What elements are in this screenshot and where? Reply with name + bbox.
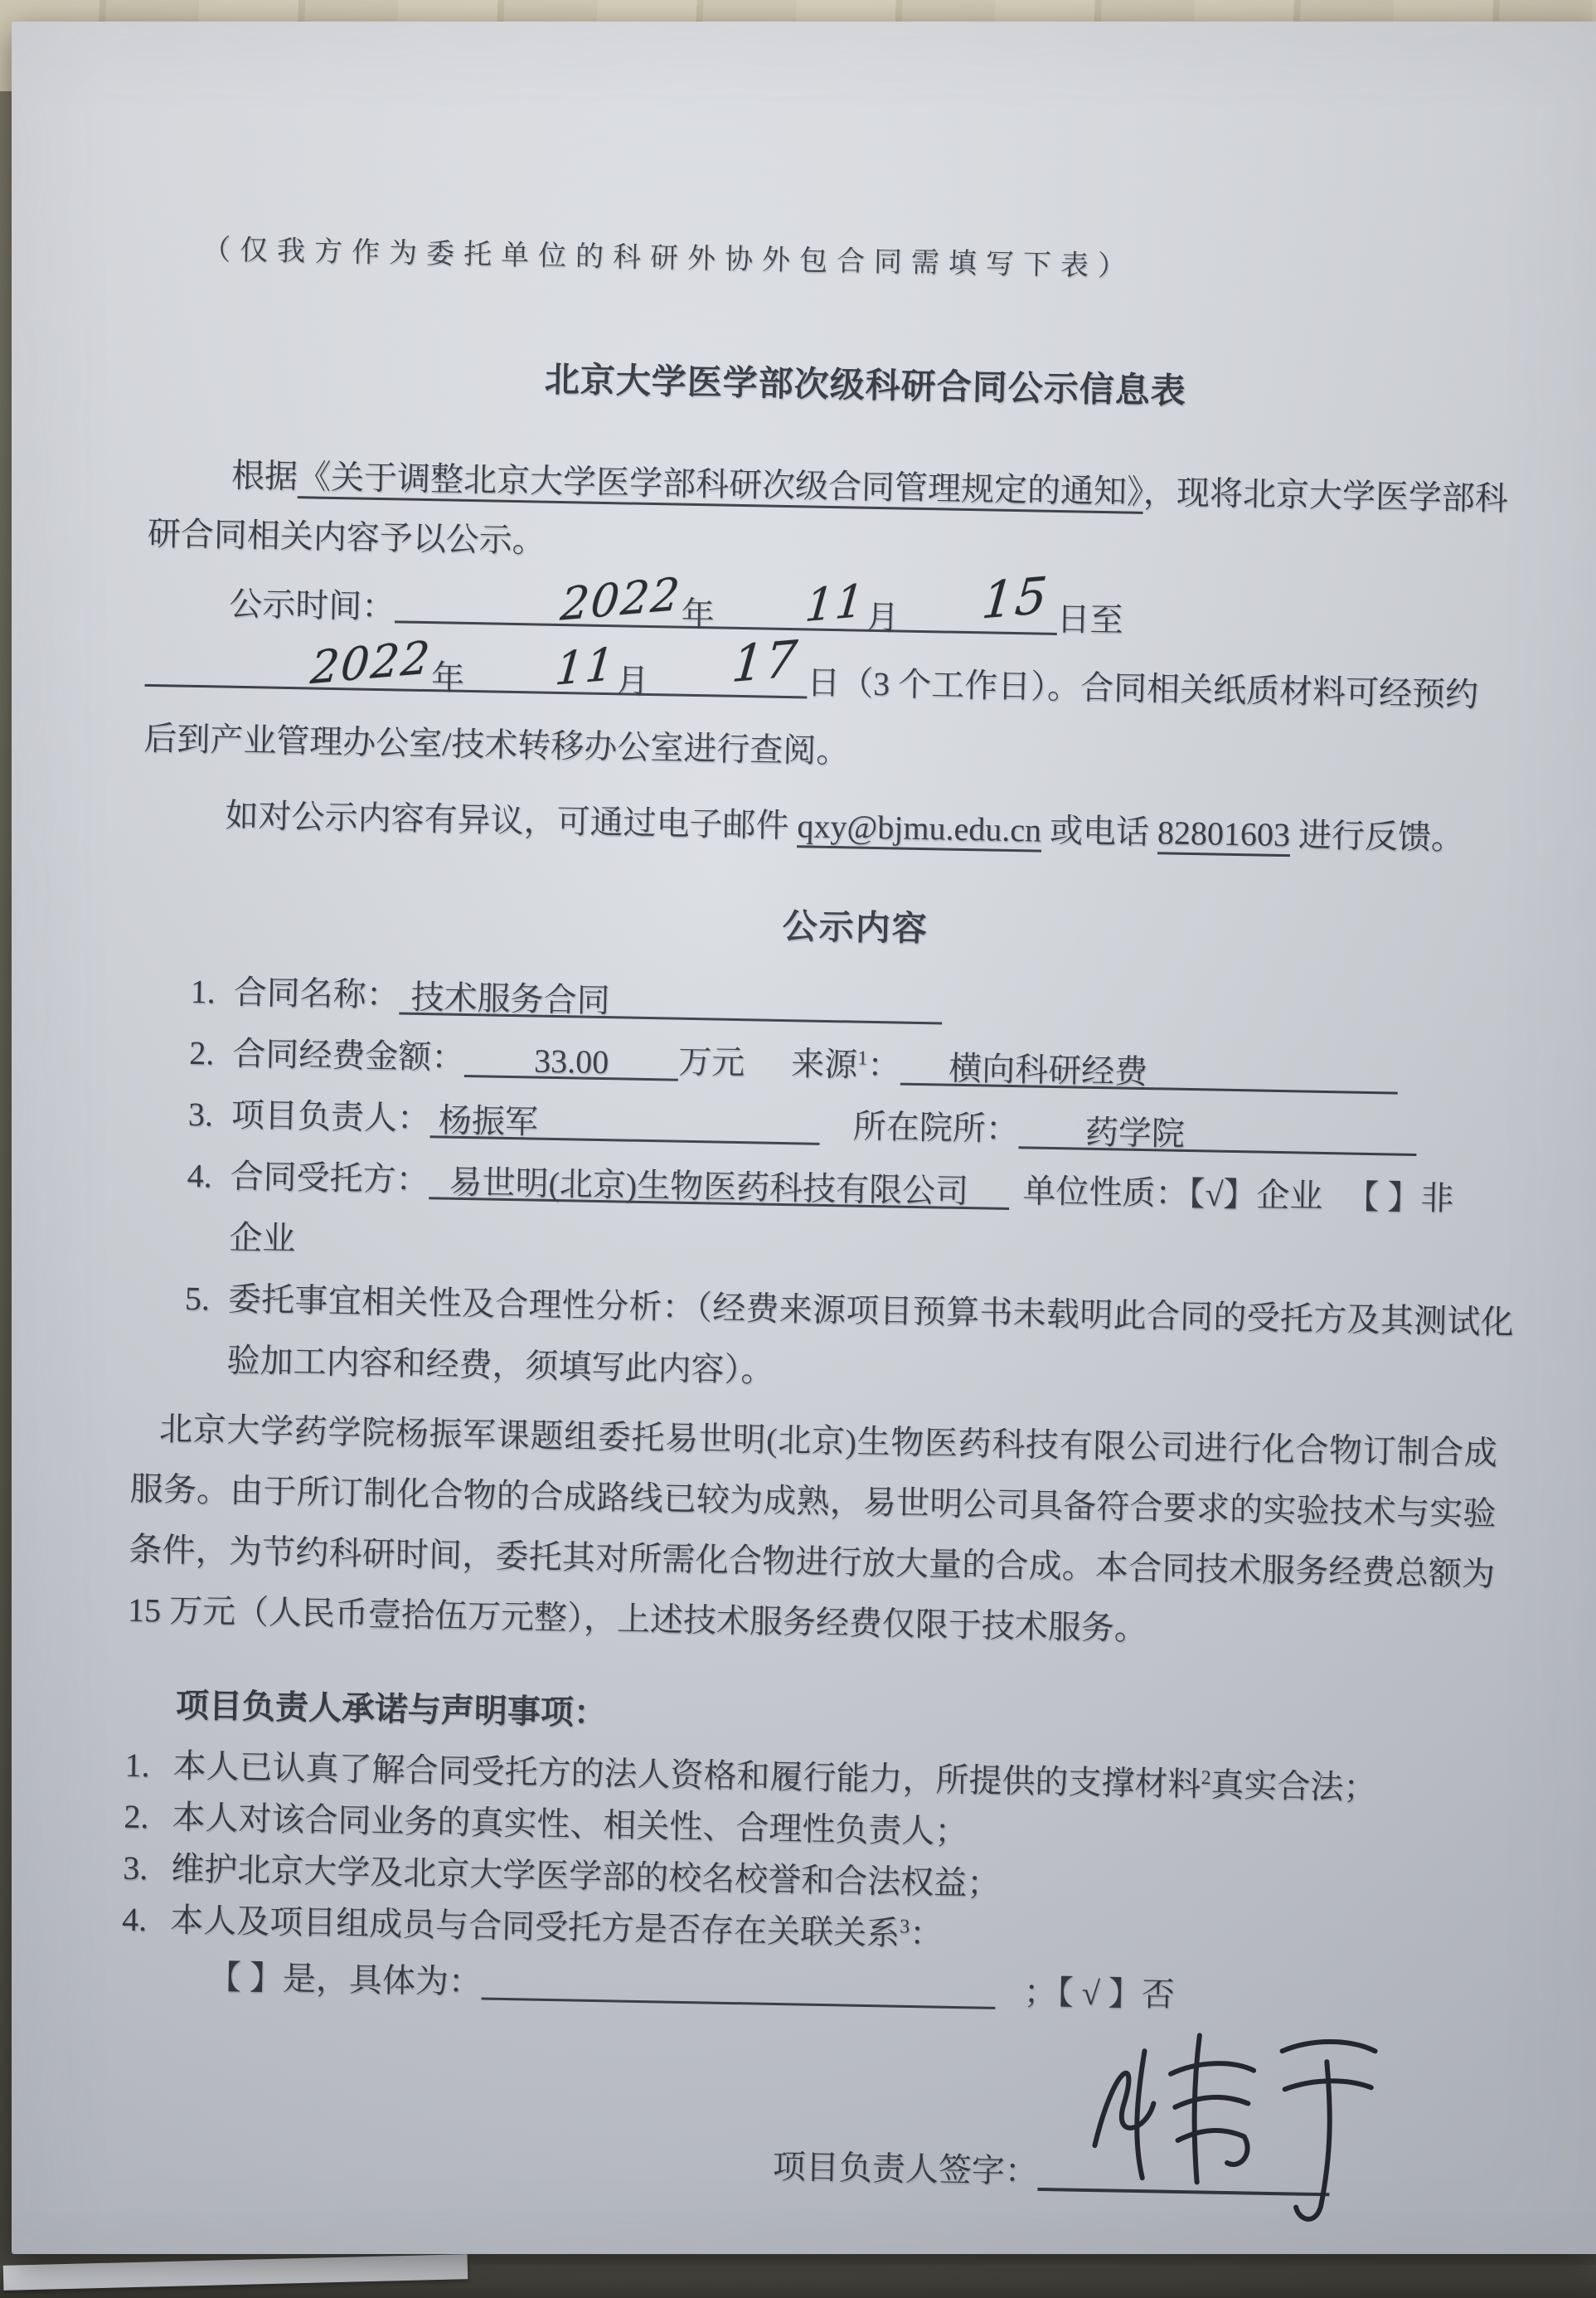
- footnote-marker: 3: [900, 1916, 910, 1937]
- leader-value: 杨振军: [430, 1101, 539, 1140]
- end-year-handwritten: 2022: [226, 635, 433, 698]
- item-number: 2.: [189, 1023, 233, 1085]
- yes-checkbox: 【 】: [208, 1958, 284, 1997]
- document-title: 北京大学医学部次级科研合同公示信息表: [200, 351, 1531, 421]
- intro-suffix-line1: ，现将北京大学医学部科: [1143, 474, 1509, 517]
- year-unit-1: 年: [681, 595, 715, 634]
- end-month-handwritten: 11: [471, 642, 618, 700]
- item-number: 5.: [184, 1268, 228, 1330]
- contract-name-blank: 技术服务合同: [399, 972, 943, 1025]
- intro-prefix: 根据: [231, 457, 298, 495]
- start-year-handwritten: 2022: [476, 572, 682, 635]
- declaration-text: 本人及项目组成员与合同受托方是否存在关联关系: [170, 1902, 900, 1952]
- document-paper: （仅我方作为委托单位的科研外协外包合同需填写下表） 北京大学医学部次级科研合同公…: [12, 22, 1596, 2254]
- regulation-title: 《关于调整北京大学医学部科研次级合同管理规定的通知》: [298, 458, 1144, 514]
- source-label: 来源: [791, 1045, 858, 1083]
- signature-label: 项目负责人签字：: [772, 2148, 1038, 2190]
- feedback-phone: 82801603: [1157, 814, 1291, 857]
- analysis-paragraph: 北京大学药学院杨振军课题组委托易世明(北京)生物医药科技有限公司进行化合物订制合…: [127, 1398, 1497, 1665]
- enterprise-checkbox-checked: 【√】企业: [1188, 1175, 1323, 1215]
- start-date-blank: 2022年 11月15: [395, 580, 1057, 635]
- end-date-blank: 2022年 11月17: [144, 644, 807, 699]
- declaration-text-post: 真实合法；: [1210, 1766, 1377, 1807]
- amount-value: 33.00: [534, 1042, 609, 1081]
- feedback-line: 如对公示内容有异议，可通过电子邮件 qxy@bjmu.edu.cn 或电话 82…: [142, 785, 1502, 869]
- publicity-period-label: 公示时间：: [229, 585, 395, 626]
- item-number: 3.: [123, 1843, 172, 1895]
- trustee-line: 合同受托方：易世明(北京)生物医药科技有限公司单位性质：【√】企业【 】非: [230, 1158, 1454, 1217]
- yes-label: 是，具体为：: [283, 1960, 483, 2000]
- item-number: 2.: [124, 1791, 172, 1844]
- signature-blank: [1037, 2143, 1330, 2196]
- document-content: （仅我方作为委托单位的科研外协外包合同需填写下表） 北京大学医学部次级科研合同公…: [0, 9, 1537, 2206]
- trustee-label: 合同受托方：: [230, 1158, 429, 1198]
- list-item-contract-trustee: 4. 合同受托方：易世明(北京)生物医药科技有限公司单位性质：【√】企业【 】非…: [186, 1145, 1516, 1292]
- item-body: 合同受托方：易世明(北京)生物医药科技有限公司单位性质：【√】企业【 】非企业: [229, 1146, 1516, 1292]
- contract-name-value: 技术服务合同: [399, 979, 610, 1020]
- entity-type-label: 单位性质：: [1022, 1172, 1189, 1212]
- publicity-items-list: 1. 合同名称：技术服务合同 2. 合同经费金额：33.00万元来源1：横向科研…: [183, 961, 1520, 1415]
- declaration-text: 维护北京大学及北京大学医学部的校名校誉和合法权益；: [171, 1850, 1001, 1902]
- feedback-prefix: 如对公示内容有异议，可通过电子邮件: [225, 797, 798, 845]
- relation-detail-blank: [482, 1957, 997, 2009]
- item-number: 3.: [187, 1084, 231, 1146]
- declaration-heading: 项目负责人承诺与声明事项：: [175, 1683, 1506, 1753]
- signature-handwriting: [1070, 2004, 1390, 2226]
- item-number: 4.: [122, 1894, 171, 1946]
- contract-name-label: 合同名称：: [233, 974, 400, 1014]
- item-number: 1.: [190, 961, 234, 1023]
- intro-suffix-line2: 研合同相关内容予以公示。: [147, 515, 546, 560]
- intro-paragraph: 根据《关于调整北京大学医学部科研次级合同管理规定的通知》，现将北京大学医学部科研…: [147, 445, 1508, 589]
- amount-unit: 万元: [678, 1043, 745, 1081]
- non-enterprise-checkbox: 【 】非: [1346, 1178, 1454, 1217]
- top-note: （仅我方作为委托单位的科研外协外包合同需填写下表）: [202, 230, 1534, 295]
- item-body: 委托事宜相关性及合理性分析：（经费来源项目预算书未载明此合同的受托方及其测试化验…: [226, 1269, 1514, 1415]
- relation-separator: ；: [1023, 1974, 1057, 2012]
- amount-blank: 33.00: [464, 1034, 679, 1081]
- institute-blank: 药学院: [1018, 1105, 1417, 1156]
- institute-value: 药学院: [1018, 1112, 1185, 1153]
- year-unit-2: 年: [431, 658, 465, 697]
- source-value: 横向科研经费: [900, 1049, 1148, 1091]
- source-blank: 横向科研经费: [900, 1042, 1399, 1095]
- mid-label: 日至: [1056, 600, 1123, 639]
- start-day-handwritten: 15: [897, 571, 1050, 634]
- end-day-handwritten: 17: [648, 634, 801, 697]
- source-colon: ：: [867, 1047, 901, 1085]
- end-label: 日: [807, 663, 841, 702]
- non-enterprise-wrap: 企业: [229, 1219, 296, 1257]
- institute-label: 所在院所：: [852, 1108, 1019, 1149]
- declaration-text: 本人对该合同业务的真实性、相关性、合理性负责人；: [172, 1799, 968, 1851]
- analysis-label: 委托事宜相关性及合理性分析：: [228, 1280, 696, 1326]
- leader-blank: 杨振军: [430, 1095, 821, 1145]
- trustee-blank: 易世明(北京)生物医药科技有限公司: [429, 1156, 1010, 1210]
- item-number: 4.: [187, 1145, 230, 1207]
- footnote-marker: 2: [1201, 1767, 1210, 1789]
- leader-label: 项目负责人：: [231, 1096, 431, 1137]
- item-number: 1.: [124, 1740, 173, 1792]
- spacer: [1322, 1207, 1346, 1208]
- feedback-middle: 或电话: [1041, 812, 1158, 852]
- trustee-value: 易世明(北京)生物医药科技有限公司: [429, 1163, 968, 1210]
- spacer: [745, 1074, 791, 1075]
- feedback-email: qxy@bjmu.edu.cn: [797, 807, 1041, 852]
- amount-label: 合同经费金额：: [232, 1035, 465, 1076]
- feedback-suffix: 进行反馈。: [1290, 816, 1465, 857]
- section-heading: 公示内容: [190, 893, 1521, 964]
- month-unit-1: 月: [866, 599, 900, 637]
- declaration-text-post: ：: [910, 1915, 944, 1953]
- list-item-analysis-label: 5. 委托事宜相关性及合理性分析：（经费来源项目预算书未载明此合同的受托方及其测…: [183, 1268, 1514, 1415]
- month-unit-2: 月: [615, 662, 649, 700]
- start-month-handwritten: 11: [721, 578, 868, 636]
- declaration-list: 1. 本人已认真了解合同受托方的法人资格和履行能力，所提供的支撑材料2真实合法；…: [122, 1740, 1506, 1970]
- publicity-period-line: 公示时间：2022年 11月15 日至2022年 11月17 日（3 个工作日）…: [143, 569, 1506, 798]
- source-footnote-marker: 1: [857, 1047, 867, 1069]
- signature-row: 项目负责人签字：: [772, 2138, 1498, 2206]
